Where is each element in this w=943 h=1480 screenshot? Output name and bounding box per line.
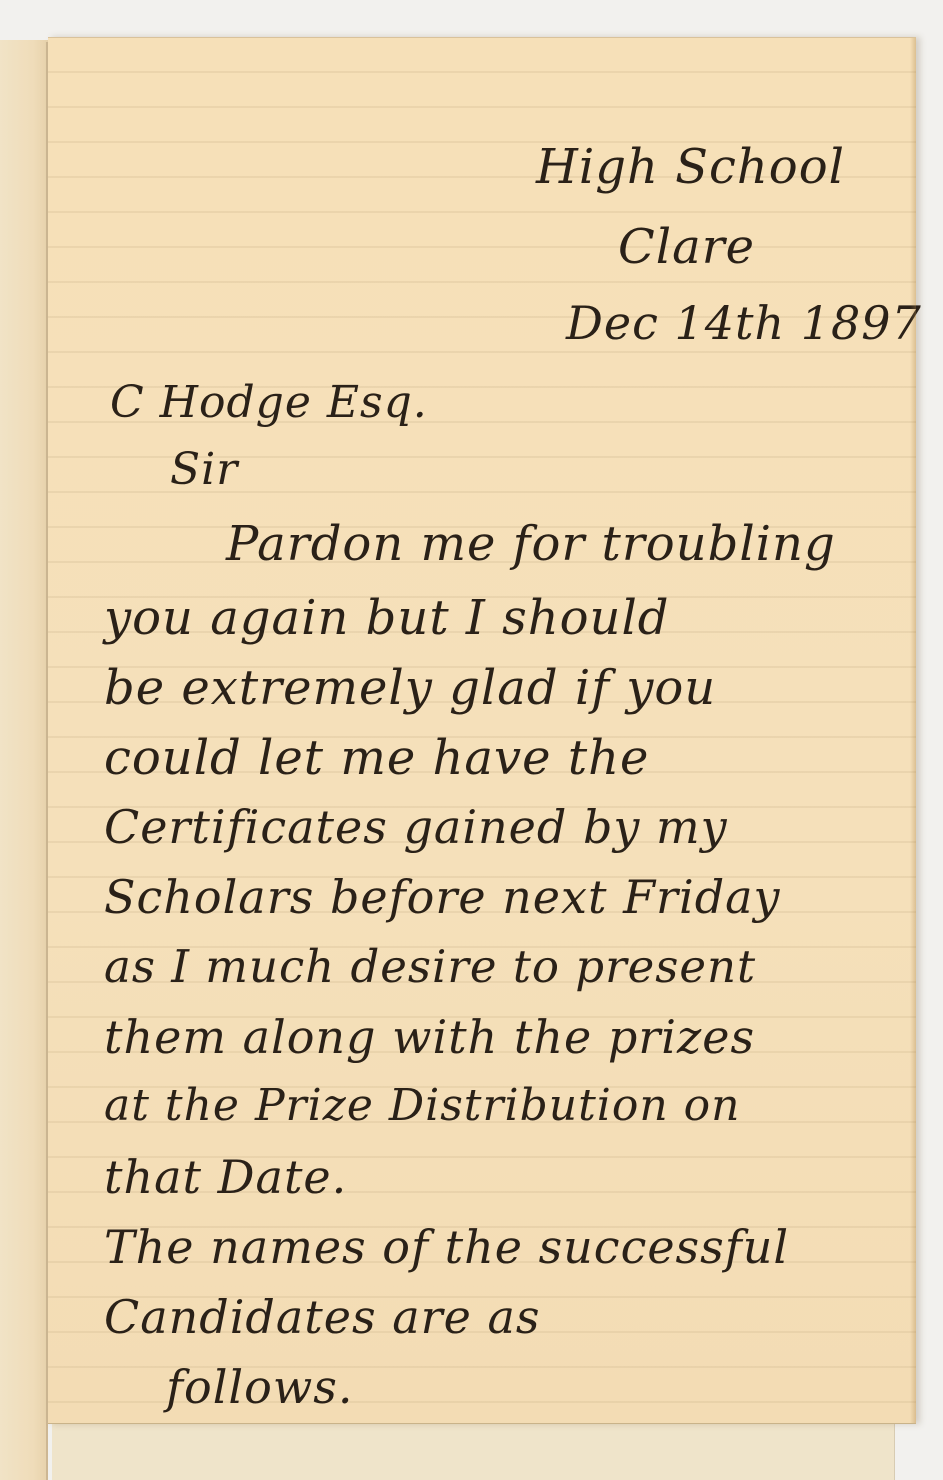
body-line: could let me have the — [104, 734, 649, 782]
body-line: that Date. — [104, 1154, 347, 1200]
body-line: Certificates gained by my — [104, 804, 728, 850]
letter-page: High School Clare Dec 14th 1897 C Hodge … — [48, 37, 916, 1424]
address-school: High School — [536, 143, 845, 191]
body-line: you again but I should — [104, 594, 670, 642]
body-line: be extremely glad if you — [104, 664, 716, 712]
salutation: Sir — [170, 448, 238, 492]
body-line: Candidates are as — [104, 1294, 541, 1340]
letter-date: Dec 14th 1897 — [566, 300, 922, 346]
body-line: follows. — [166, 1364, 353, 1410]
left-page — [0, 40, 48, 1480]
recipient: C Hodge Esq. — [110, 381, 428, 425]
address-town: Clare — [618, 223, 755, 271]
body-line: Scholars before next Friday — [104, 874, 781, 920]
body-line: them along with the prizes — [104, 1014, 755, 1060]
body-line: as I much desire to present — [104, 944, 756, 989]
body-line: The names of the successful — [104, 1224, 789, 1270]
body-line: at the Prize Distribution on — [104, 1084, 740, 1128]
body-line: Pardon me for troubling — [226, 520, 836, 568]
